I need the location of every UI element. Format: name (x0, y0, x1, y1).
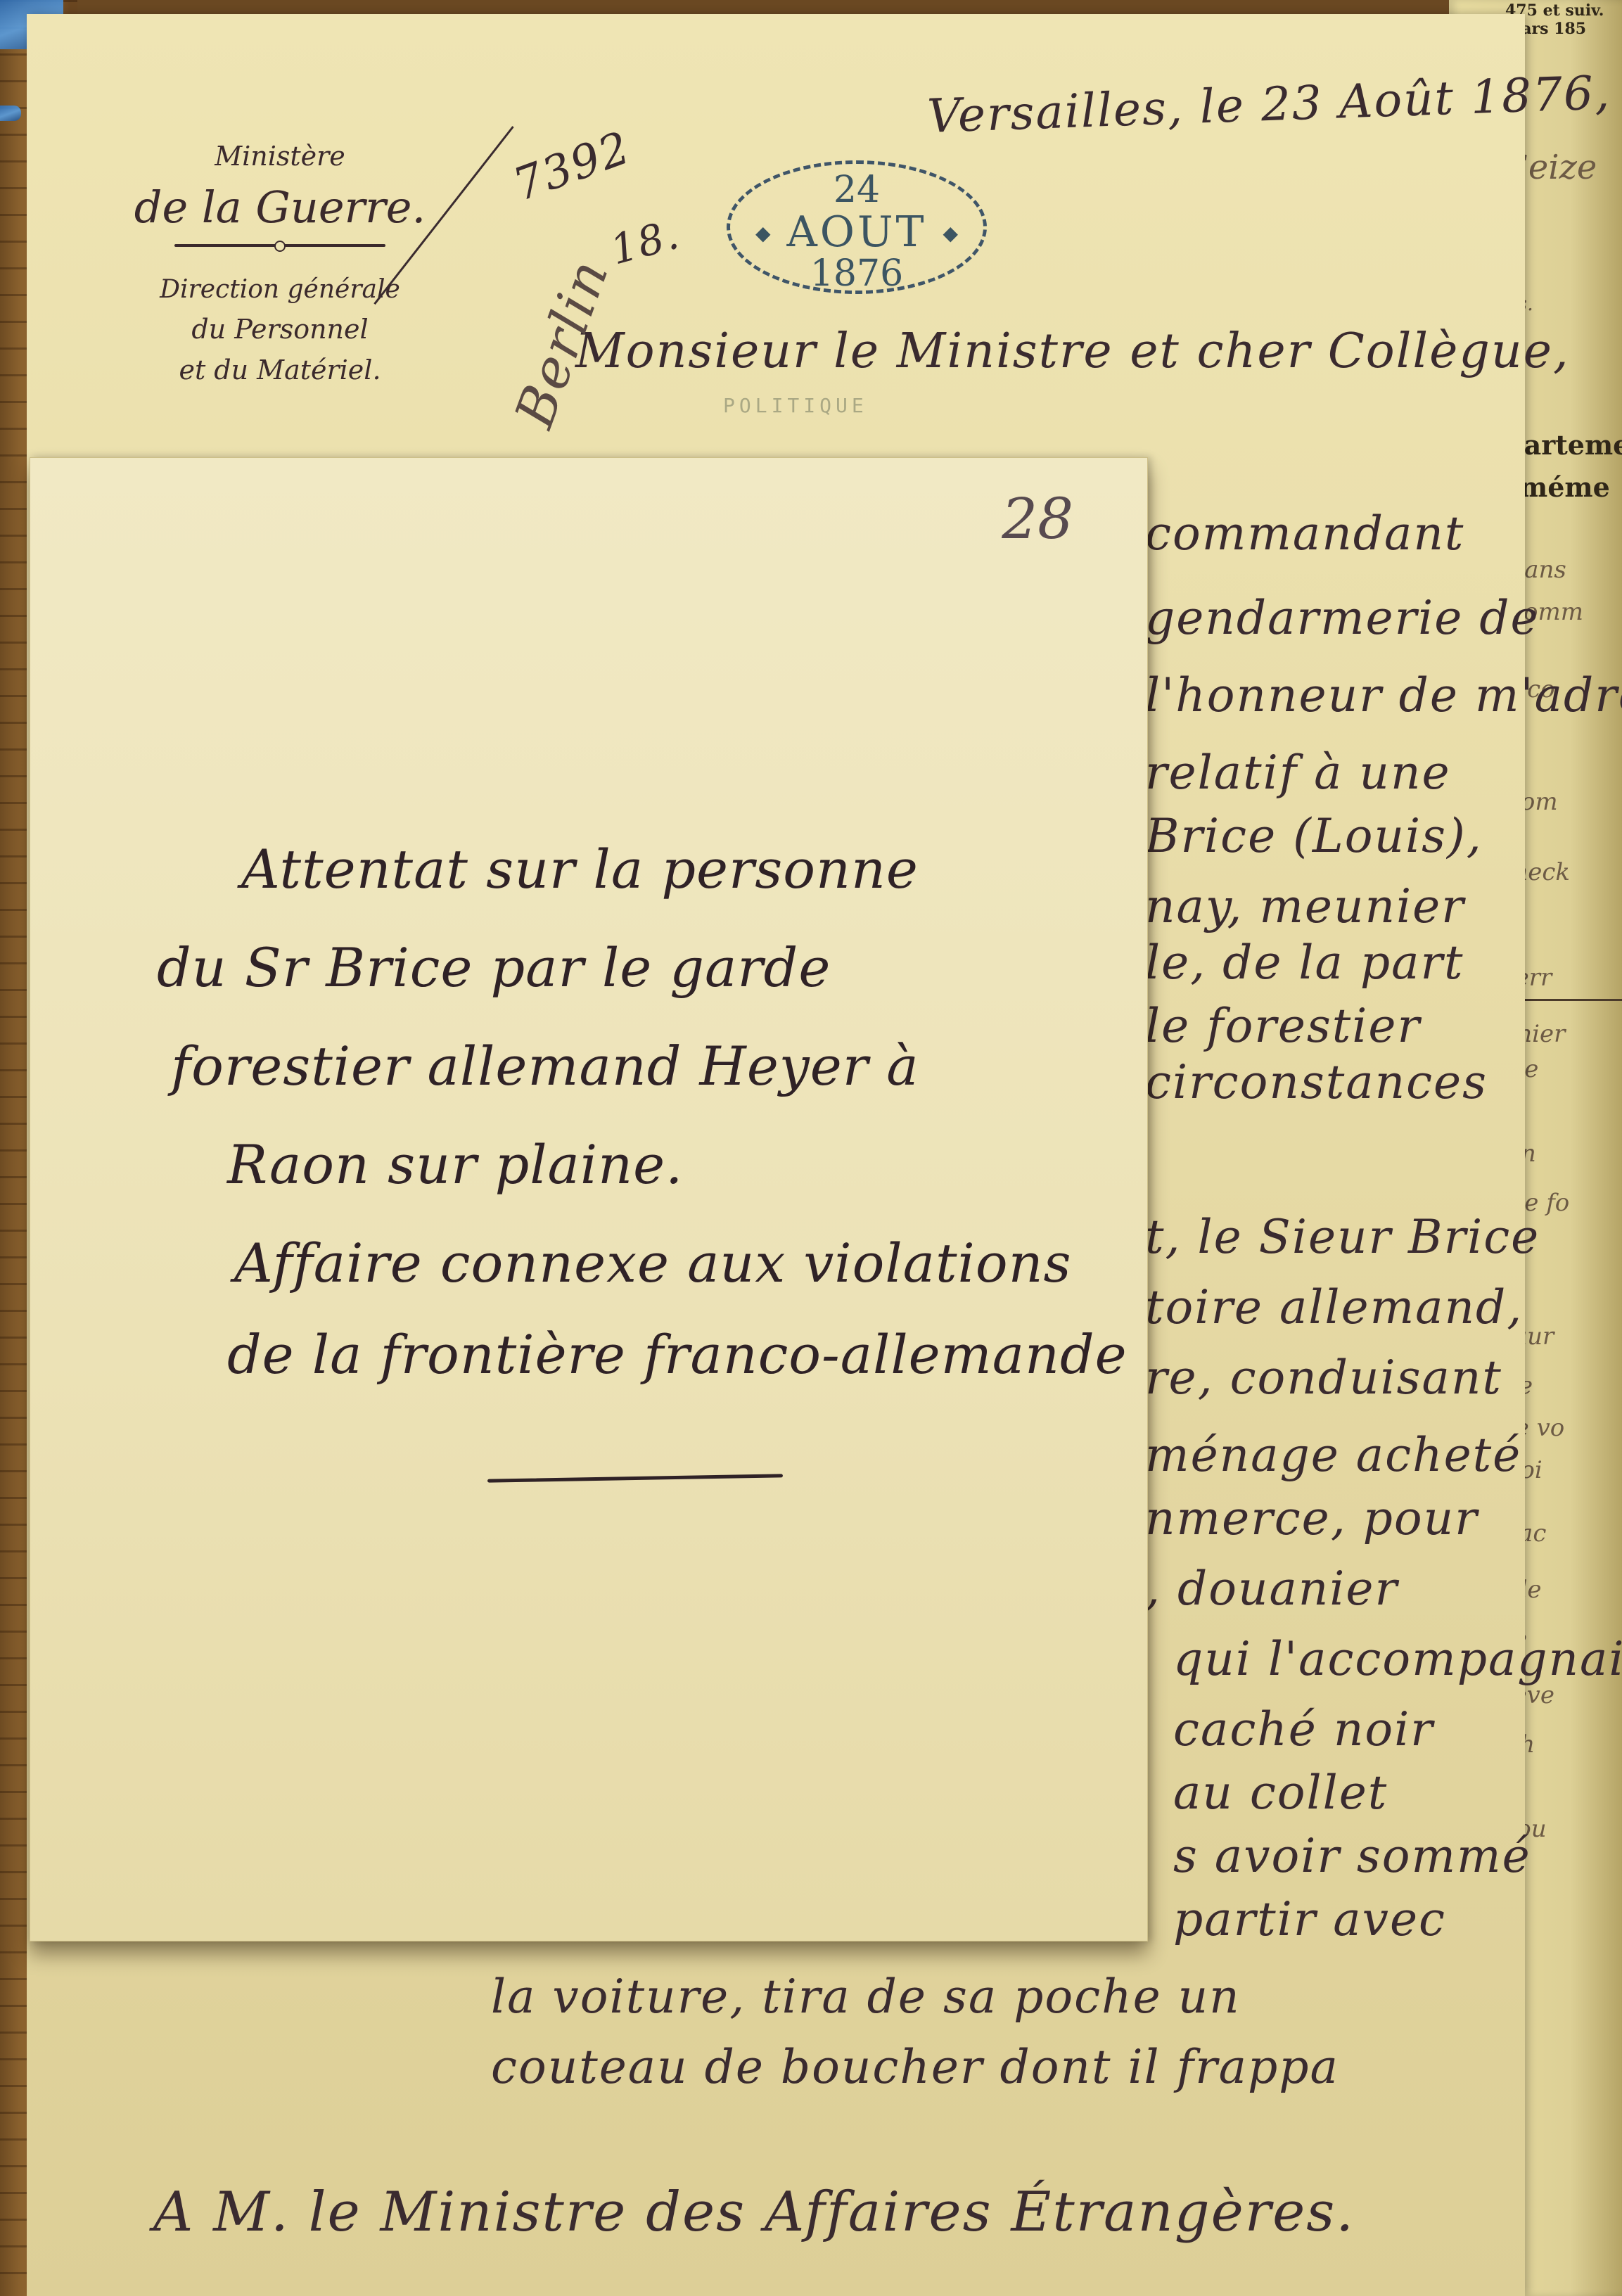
letterhead-ornament (174, 244, 385, 247)
reference-number: 7392 (506, 122, 637, 212)
stamp-day: 24 (730, 170, 983, 210)
body-line: , douanier (1145, 1562, 1398, 1616)
dateline: Versailles, le 23 Août 1876, (926, 65, 1611, 143)
card-line: du Sr Brice par le garde (157, 936, 831, 999)
body-line: le forestier (1145, 999, 1421, 1053)
body-line: nmerce, pour (1145, 1491, 1479, 1545)
body-line: au collet (1173, 1766, 1388, 1820)
addressee-line: A M. le Ministre des Affaires Étrangères… (153, 2181, 1355, 2244)
letterhead: Ministère de la Guerre. Direction généra… (132, 141, 428, 385)
card-underline (487, 1474, 783, 1482)
letterhead-materiel: et du Matériel. (132, 355, 428, 385)
body-line: couteau de boucher dont il frappa (491, 2040, 1339, 2094)
body-line: commandant (1145, 506, 1464, 561)
letterhead-ministere: Ministère (132, 141, 428, 172)
body-line: caché noir (1173, 1702, 1434, 1756)
body-line: circonstances (1145, 1055, 1488, 1109)
body-line: gendarmerie de (1145, 591, 1540, 645)
reference-subnumber: 18. (606, 210, 685, 274)
body-line: la voiture, tira de sa poche un (491, 1970, 1241, 2024)
body-line: nay, meunier (1145, 879, 1465, 933)
note-card: 28 Attentat sur la personne du Sr Brice … (30, 457, 1148, 1941)
card-line: forestier allemand Heyer à (171, 1035, 919, 1097)
card-line: Affaire connexe aux violations (234, 1232, 1072, 1294)
card-line: Raon sur plaine. (227, 1133, 683, 1196)
card-line: de la frontière franco-allemande (227, 1323, 1128, 1386)
blue-ribbon-fragment (0, 106, 21, 121)
body-line: le, de la part (1145, 936, 1464, 990)
body-line: Brice (Louis), (1145, 809, 1483, 863)
stamp-year: 1876 (730, 254, 983, 293)
body-line: l'honneur de m'adresser (1145, 668, 1622, 722)
received-date-stamp: ◆ ◆ 24 AOUT 1876 (727, 160, 987, 294)
body-line: qui l'accompagnait (1173, 1632, 1622, 1686)
body-line: ménage acheté (1145, 1428, 1521, 1482)
card-number: 28 (1002, 486, 1073, 551)
body-line: s avoir sommé (1173, 1829, 1531, 1883)
body-line: t, le Sieur Brice (1145, 1210, 1540, 1264)
salutation: Monsieur le Ministre et cher Collègue, (575, 324, 1570, 379)
stamp-diamond-icon: ◆ (755, 222, 771, 245)
body-line: partir avec (1173, 1892, 1446, 1946)
stamp-diamond-icon: ◆ (943, 222, 958, 245)
letterhead-guerre: de la Guerre. (132, 181, 428, 233)
body-line: re, conduisant (1145, 1351, 1502, 1405)
body-line: relatif à une (1145, 746, 1451, 800)
letterhead-personnel: du Personnel (132, 314, 428, 345)
body-line: toire allemand, (1145, 1280, 1523, 1334)
faint-politique-stamp: POLITIQUE (723, 394, 868, 417)
card-line: Attentat sur la personne (241, 838, 919, 900)
